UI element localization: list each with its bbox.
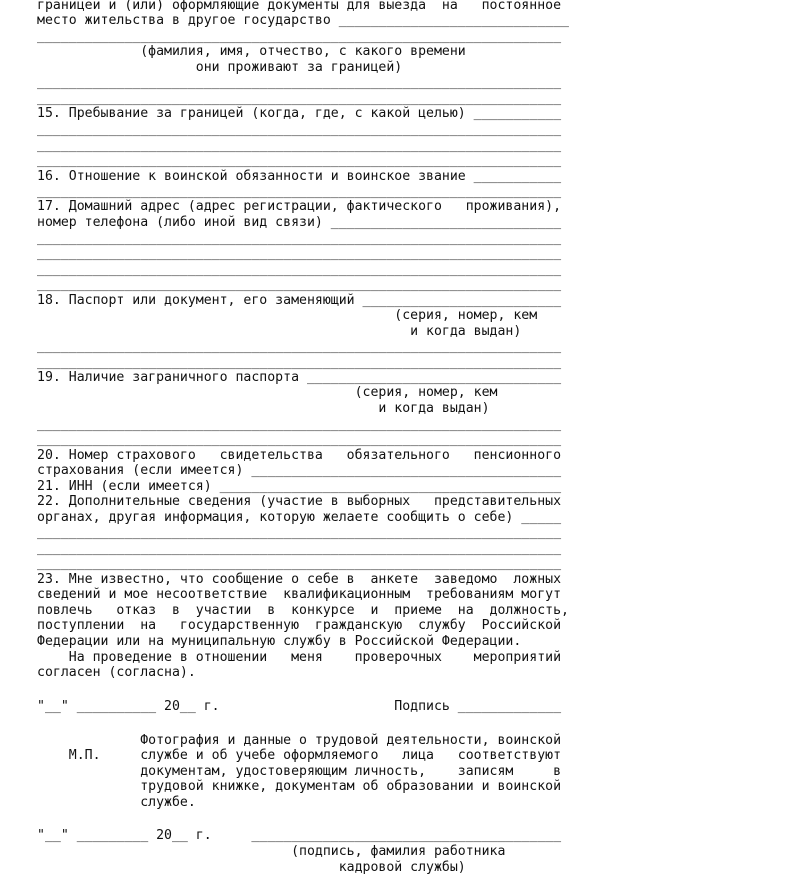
section-16-line-1: 16. Отношение к воинской обязанности и в… <box>37 169 561 184</box>
section-23-line-4: поступлении на государственную гражданск… <box>37 618 561 633</box>
section-19-caption-2: и когда выдан) <box>37 401 490 416</box>
section-19-caption-1: (серия, номер, кем <box>37 385 498 400</box>
section-22-line-2: органах, другая информация, которую жела… <box>37 510 561 525</box>
section-19-blank-field: ________________________________________… <box>37 432 561 447</box>
section-14-caption-2: они проживают за границей) <box>37 60 402 75</box>
hr-date-signature-field: "__" _________ 20__ г. _________________… <box>37 828 561 843</box>
section-23-line-3: повлечь отказ в участии в конкурсе и при… <box>37 603 569 618</box>
verification-line-5: службе. <box>37 795 196 810</box>
section-17-blank-field: ________________________________________… <box>37 231 561 246</box>
section-14-blank-field: ________________________________________… <box>37 29 561 44</box>
section-23-line-7: согласен (согласна). <box>37 665 196 680</box>
section-23-line-1: 23. Мне известно, что сообщение о себе в… <box>37 572 561 587</box>
section-17-blank-field: ________________________________________… <box>37 277 561 292</box>
section-23-line-5: Федерации или на муниципальную службу в … <box>37 634 521 649</box>
section-17-line-1: 17. Домашний адрес (адрес регистрации, ф… <box>37 199 561 214</box>
section-15-blank-field: ________________________________________… <box>37 138 561 153</box>
section-18-caption-1: (серия, номер, кем <box>37 308 537 323</box>
section-15-blank-field: ________________________________________… <box>37 122 561 137</box>
verification-line-2-seal: М.П. службе и об учебе оформляемого лица… <box>37 748 561 763</box>
section-19-blank-field: ________________________________________… <box>37 417 561 432</box>
section-15-line-1: 15. Пребывание за границей (когда, где, … <box>37 106 561 121</box>
verification-line-4: трудовой книжке, документам об образован… <box>37 779 561 794</box>
section-22-blank-field: ________________________________________… <box>37 525 561 540</box>
section-18-blank-field: ________________________________________… <box>37 355 561 370</box>
section-20-line-2: страхования (если имеется) _____________… <box>37 463 561 478</box>
section-21-line-1: 21. ИНН (если имеется) _________________… <box>37 479 561 494</box>
section-17-line-2: номер телефона (либо иной вид связи) ___… <box>37 215 561 230</box>
section-17-blank-field: ________________________________________… <box>37 262 561 277</box>
section-18-blank-field: ________________________________________… <box>37 339 561 354</box>
section-18-caption-2: и когда выдан) <box>37 324 521 339</box>
section-14-caption-1: (фамилия, имя, отчество, с какого времен… <box>37 44 466 59</box>
verification-line-3: документам, удостоверяющим личность, зап… <box>37 764 561 779</box>
section-14-blank-field: ________________________________________… <box>37 75 561 90</box>
section-20-line-1: 20. Номер страхового свидетельства обяза… <box>37 448 561 463</box>
section-14-line-1: границей и (или) оформляющие документы д… <box>37 0 561 13</box>
hr-signature-caption-2: кадровой службы) <box>37 860 466 875</box>
section-23-line-6: На проведение в отношении меня проверочн… <box>37 650 561 665</box>
applicant-signature-field: Подпись _____________ <box>37 699 561 714</box>
section-22-line-1: 22. Дополнительные сведения (участие в в… <box>37 494 561 509</box>
section-17-blank-field: ________________________________________… <box>37 246 561 261</box>
verification-line-1: Фотография и данные о трудовой деятельно… <box>37 733 561 748</box>
section-15-blank-field: ________________________________________… <box>37 153 561 168</box>
section-18-line-1: 18. Паспорт или документ, его заменяющий… <box>37 293 561 308</box>
section-23-line-2: сведений и мое несоответствие квалификац… <box>37 587 561 602</box>
section-14-blank-field: ________________________________________… <box>37 91 561 106</box>
section-19-line-1: 19. Наличие заграничного паспорта ______… <box>37 370 561 385</box>
questionnaire-document: границей и (или) оформляющие документы д… <box>0 0 788 888</box>
section-22-blank-field: ________________________________________… <box>37 541 561 556</box>
section-22-blank-field: ________________________________________… <box>37 556 561 571</box>
section-14-line-2: место жительства в другое государство __… <box>37 13 569 28</box>
section-16-blank-field: ________________________________________… <box>37 184 561 199</box>
hr-signature-caption-1: (подпись, фамилия работника <box>37 844 505 859</box>
